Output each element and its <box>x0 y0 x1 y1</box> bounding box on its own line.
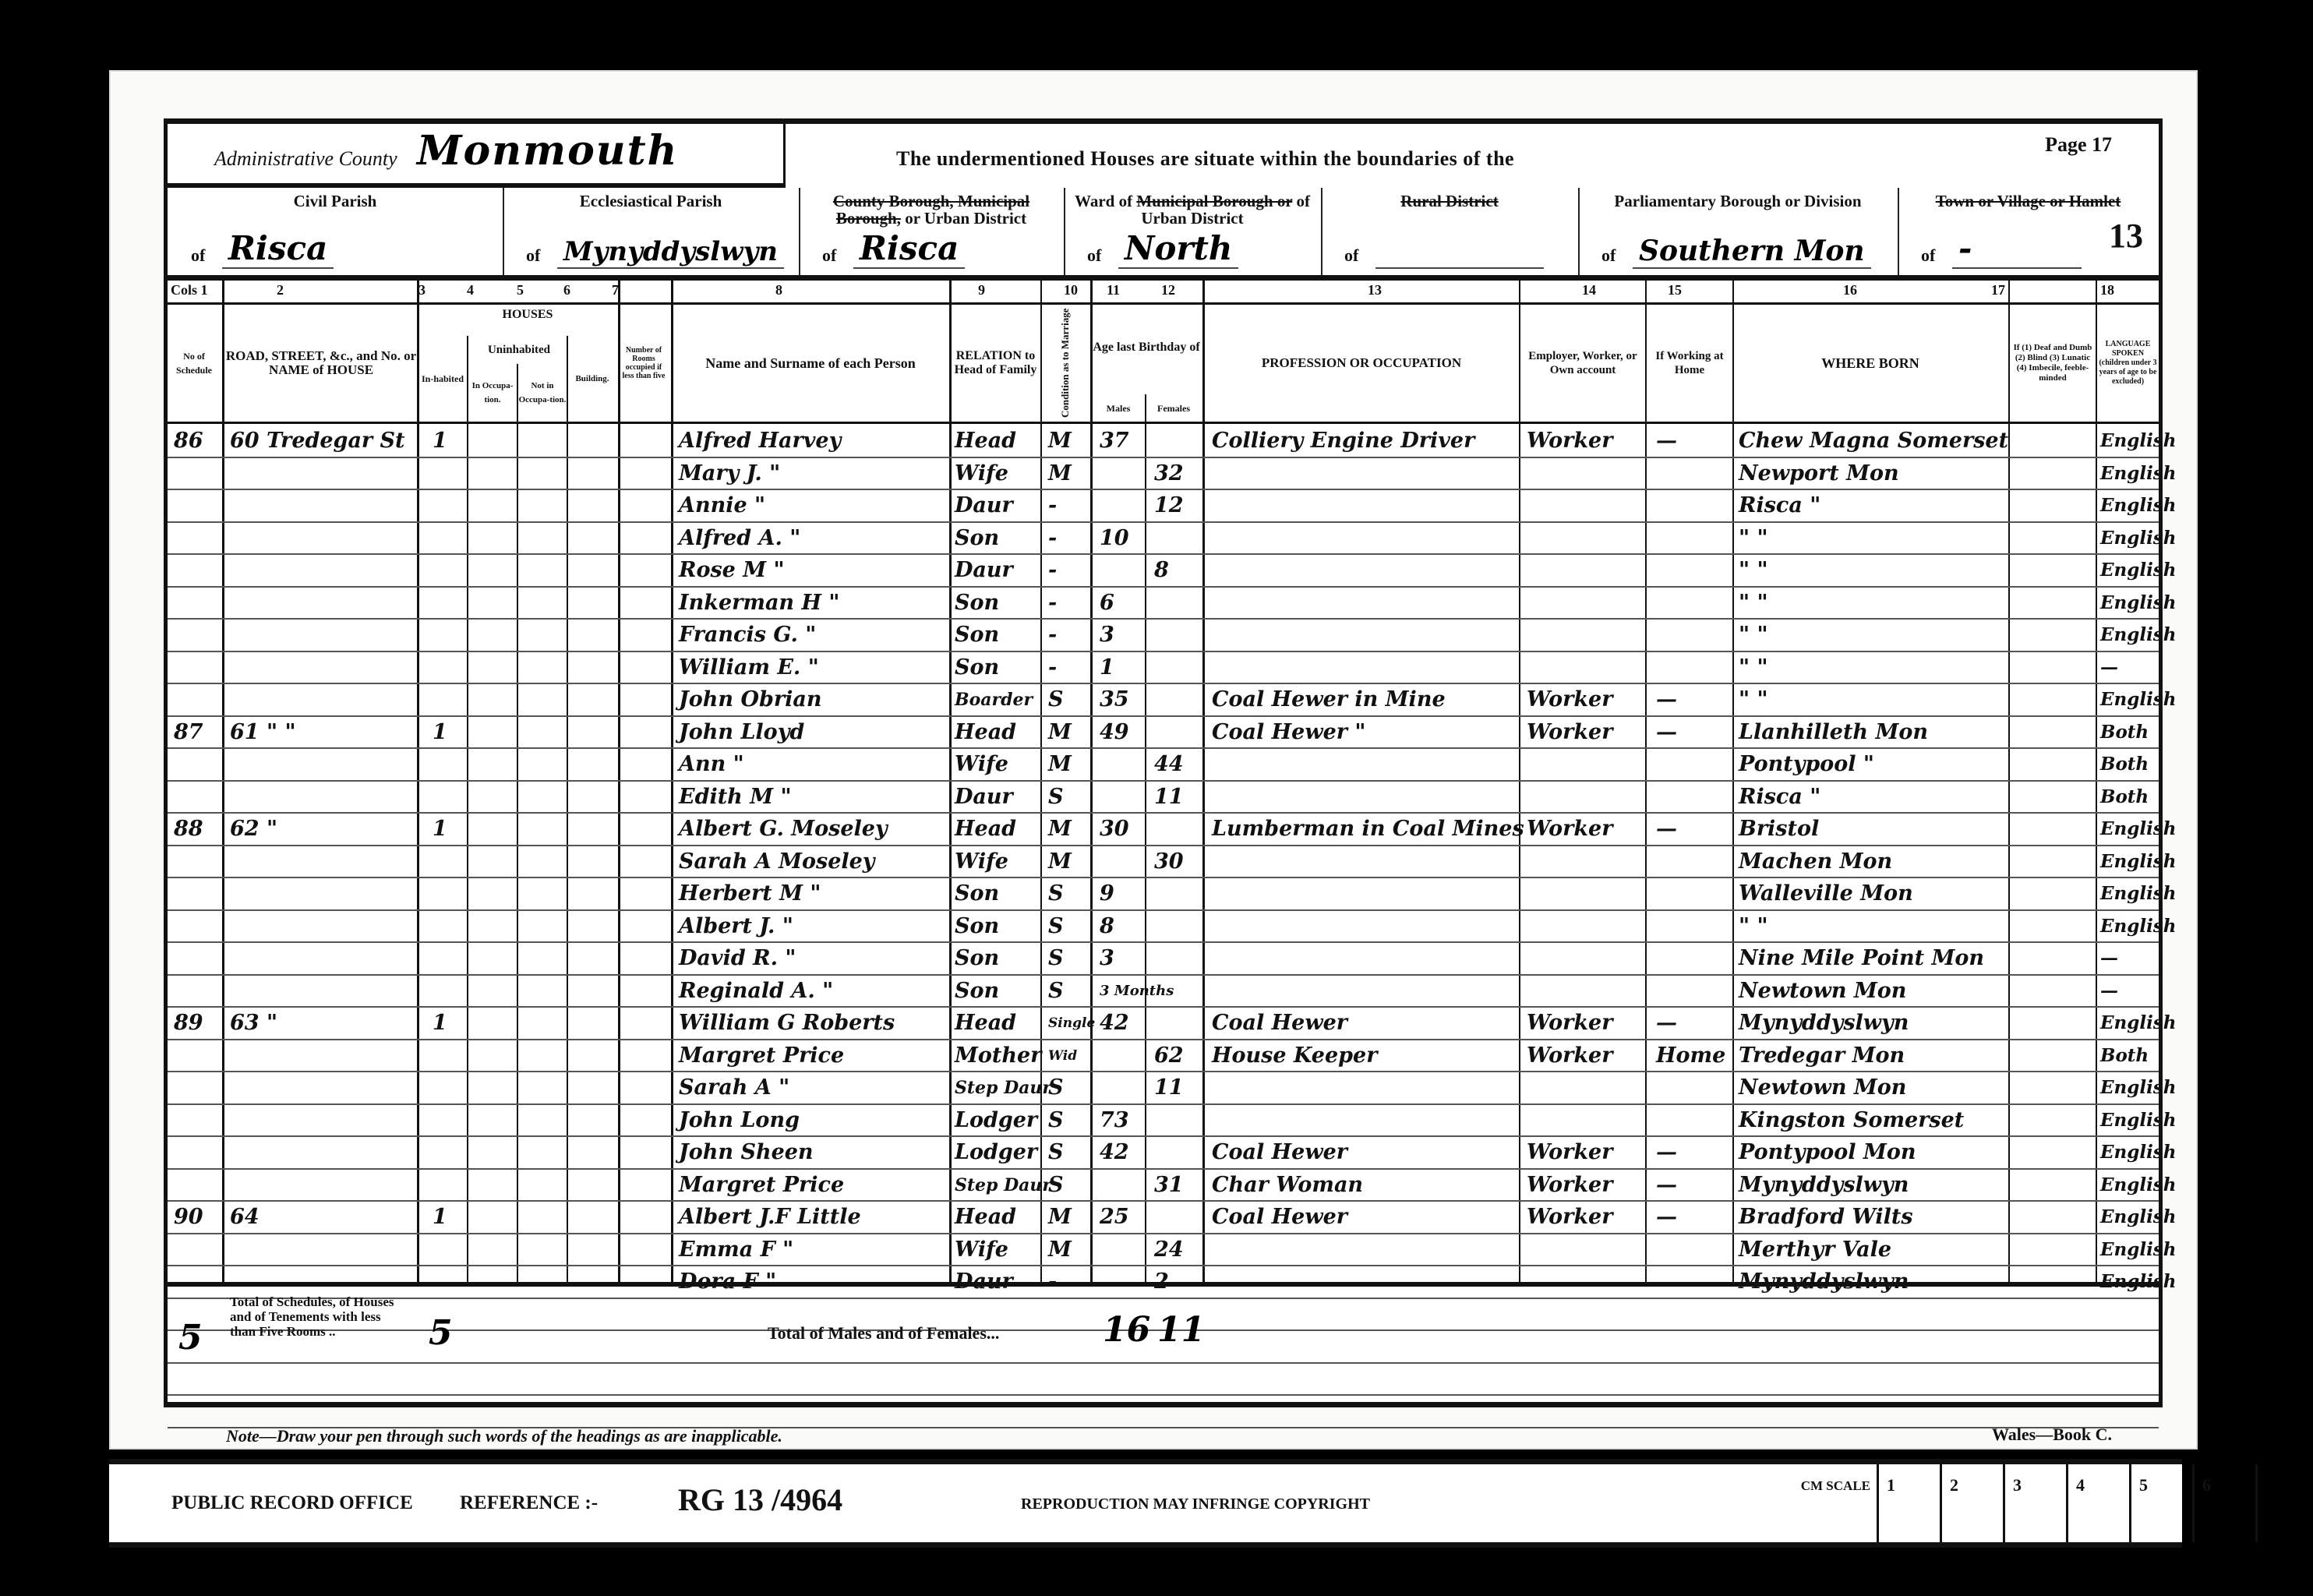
col-num: 12 <box>1161 282 1175 298</box>
rural-district-label: Rural District <box>1321 192 1578 210</box>
language-cell: English <box>2100 1233 2176 1266</box>
col-num: 4 <box>467 282 474 298</box>
language-cell: English <box>2100 618 2176 651</box>
occupation-cell: Coal Hewer " <box>1212 715 1365 748</box>
office-label: PUBLIC RECORD OFFICE <box>171 1492 413 1514</box>
language-cell: English <box>2100 683 2176 715</box>
employer-cell: Worker <box>1527 715 1612 748</box>
employer-cell: Worker <box>1527 1168 1612 1201</box>
col-num: 6 <box>563 282 570 298</box>
table-row: Albert J. "SonS8" "English <box>168 909 2159 944</box>
table-row: Alfred A. "Son-10" "English <box>168 521 2159 556</box>
census-page: Administrative County Monmouth The under… <box>109 70 2198 1449</box>
relation-cell: Daur <box>955 780 1013 813</box>
name-cell: Reginald A. " <box>679 974 833 1007</box>
employer-cell: Worker <box>1527 1006 1612 1039</box>
col-num: 17 <box>1991 282 2005 298</box>
name-cell: William E. " <box>679 651 819 683</box>
name-cell: John Lloyd <box>679 715 804 748</box>
header-uninhabited: Uninhabited <box>468 336 570 364</box>
book-label: Wales—Book C. <box>1992 1425 2112 1445</box>
at-home-cell: — <box>1656 683 1677 715</box>
occupation-cell: Colliery Engine Driver <box>1212 424 1474 457</box>
where-born-cell: " " <box>1739 553 1768 586</box>
male-age-cell: 73 <box>1100 1103 1129 1136</box>
table-row: Emma F "WifeM24Merthyr ValeEnglish <box>168 1233 2159 1267</box>
where-born-cell: Mynyddyslwyn <box>1739 1006 1909 1039</box>
condition-cell: Wid <box>1048 1039 1077 1072</box>
relation-cell: Head <box>955 1006 1016 1039</box>
header-where-born: WHERE BORN <box>1734 305 2007 422</box>
relation-cell: Son <box>955 521 999 554</box>
address-cell: 63 " <box>230 1006 277 1039</box>
table-row: Reginald A. "SonS3 MonthsNewtown Mon— <box>168 974 2159 1008</box>
male-age-cell: 3 <box>1100 941 1114 974</box>
relation-cell: Head <box>955 715 1016 748</box>
language-cell: English <box>2100 909 2176 942</box>
name-cell: Albert G. Moseley <box>679 812 888 845</box>
condition-cell: M <box>1048 747 1072 780</box>
relation-cell: Son <box>955 941 999 974</box>
male-age-cell: 10 <box>1100 521 1129 554</box>
col-num: 8 <box>775 282 782 298</box>
relation-cell: Wife <box>955 457 1008 489</box>
col-num: 13 <box>1368 282 1382 298</box>
where-born-cell: " " <box>1739 521 1768 554</box>
condition-cell: M <box>1048 715 1072 748</box>
parliamentary-borough: Parliamentary Borough or Division of Sou… <box>1578 188 1899 275</box>
table-row: Ann "WifeM44Pontypool "Both <box>168 747 2159 782</box>
relation-cell: Mother <box>955 1039 1041 1072</box>
admin-county-box: Administrative County Monmouth <box>168 124 786 188</box>
where-born-cell: Walleville Mon <box>1739 877 1913 909</box>
condition-cell: M <box>1048 457 1072 489</box>
male-age-cell: 42 <box>1100 1135 1129 1168</box>
language-cell: English <box>2100 586 2176 619</box>
language-cell: English <box>2100 1135 2176 1168</box>
page-number: Page 17 <box>2045 133 2112 157</box>
header-language: LANGUAGE SPOKEN (children under 3 years … <box>2097 305 2159 422</box>
relation-cell: Son <box>955 586 999 619</box>
ecclesiastical-parish: Ecclesiastical Parish of Mynyddyslwyn <box>503 188 800 275</box>
name-cell: Edith M " <box>679 780 792 813</box>
male-age-cell: 6 <box>1100 586 1114 619</box>
relation-cell: Son <box>955 651 999 683</box>
relation-cell: Wife <box>955 845 1008 877</box>
scale-mark: 4 <box>2066 1464 2129 1542</box>
condition-cell: M <box>1048 424 1072 457</box>
header-rooms: Number of Rooms occupied if less than fi… <box>620 305 668 422</box>
relation-cell: Head <box>955 812 1016 845</box>
condition-cell: M <box>1048 812 1072 845</box>
scale-mark: 3 <box>2003 1464 2066 1542</box>
houses-total: 5 <box>429 1313 453 1353</box>
at-home-cell: — <box>1656 812 1677 845</box>
at-home-cell: — <box>1656 1135 1677 1168</box>
condition-cell: S <box>1048 1168 1064 1201</box>
table-row: John LongLodgerS73Kingston SomersetEngli… <box>168 1103 2159 1138</box>
male-age-cell: 49 <box>1100 715 1129 748</box>
table-row: Rose M "Daur-8" "English <box>168 553 2159 588</box>
language-cell: English <box>2100 1200 2176 1233</box>
occupation-cell: Char Woman <box>1212 1168 1363 1201</box>
relation-cell: Son <box>955 909 999 942</box>
scale-label: CM SCALE <box>1792 1464 1877 1542</box>
scale-mark: 1 <box>1877 1464 1940 1542</box>
parliamentary-borough-label: Parliamentary Borough or Division <box>1578 192 1898 210</box>
copyright-notice: REPRODUCTION MAY INFRINGE COPYRIGHT <box>1021 1495 1370 1513</box>
relation-cell: Daur <box>955 553 1013 586</box>
occupation-cell: Coal Hewer in Mine <box>1212 683 1446 715</box>
where-born-cell: Merthyr Vale <box>1739 1233 1891 1266</box>
name-cell: Ann " <box>679 747 744 780</box>
language-cell: English <box>2100 424 2176 457</box>
where-born-cell: Llanhilleth Mon <box>1739 715 1928 748</box>
inhabited-cell: 1 <box>433 715 447 748</box>
where-born-cell: Risca " <box>1739 489 1820 521</box>
language-cell: — <box>2100 941 2118 974</box>
table-row: 8660 Tredegar St1Alfred HarveyHeadM37Col… <box>168 424 2159 458</box>
language-cell: English <box>2100 1103 2176 1136</box>
header-males: Males <box>1092 394 1145 422</box>
female-age-cell: 12 <box>1154 489 1184 521</box>
where-born-cell: Kingston Somerset <box>1739 1103 1964 1136</box>
header-building: Building. <box>568 336 616 422</box>
male-age-cell: 25 <box>1100 1200 1129 1233</box>
female-age-cell: 11 <box>1154 1071 1184 1103</box>
table-row: 8761 " "1John LloydHeadM49Coal Hewer "Wo… <box>168 715 2159 750</box>
where-born-cell: Risca " <box>1739 780 1820 813</box>
where-born-cell: " " <box>1739 683 1768 715</box>
male-age-cell: 9 <box>1100 877 1114 909</box>
language-cell: — <box>2100 651 2118 683</box>
col-num: 15 <box>1668 282 1682 298</box>
relation-cell: Boarder <box>955 683 1033 715</box>
where-born-cell: " " <box>1739 586 1768 619</box>
civil-parish: Civil Parish of Risca <box>168 188 504 275</box>
condition-cell: M <box>1048 845 1072 877</box>
ward-label: Ward of Municipal Borough or of Urban Di… <box>1064 192 1321 227</box>
name-cell: John Sheen <box>679 1135 814 1168</box>
name-cell: Alfred A. " <box>679 521 800 554</box>
scale-mark <box>2255 1464 2313 1542</box>
header-at-home: If Working at Home <box>1647 305 1732 422</box>
header-age: Age last Birthday of <box>1092 305 1201 390</box>
employer-cell: Worker <box>1527 1135 1612 1168</box>
inhabited-cell: 1 <box>433 1006 447 1039</box>
at-home-cell: — <box>1656 1200 1677 1233</box>
name-cell: John Long <box>679 1103 800 1136</box>
male-age-cell: 8 <box>1100 909 1114 942</box>
condition-cell: S <box>1048 1071 1064 1103</box>
rural-district: Rural District of <box>1321 188 1580 275</box>
table-row: Sarah A MoseleyWifeM30Machen MonEnglish <box>168 845 2159 879</box>
where-born-cell: Newport Mon <box>1739 457 1899 489</box>
where-born-cell: Newtown Mon <box>1739 1071 1906 1103</box>
at-home-cell: — <box>1656 1168 1677 1201</box>
where-born-cell: Mynyddyslwyn <box>1739 1168 1909 1201</box>
males-total: 16 <box>1103 1310 1150 1350</box>
females-total: 11 <box>1157 1310 1205 1350</box>
col-num: 11 <box>1107 282 1120 298</box>
of-label: of <box>1921 245 1935 266</box>
address-cell: 60 Tredegar St <box>230 424 405 457</box>
language-cell: Both <box>2100 715 2149 748</box>
where-born-cell: " " <box>1739 651 1768 683</box>
male-age-cell: 42 <box>1100 1006 1129 1039</box>
table-row: John ObrianBoarderS35Coal Hewer in MineW… <box>168 683 2159 717</box>
employer-cell: Worker <box>1527 1039 1612 1072</box>
table-row: Margret PriceStep DaurS31Char WomanWorke… <box>168 1168 2159 1202</box>
header-relation: RELATION to Head of Family <box>951 305 1040 422</box>
table-row: John SheenLodgerS42Coal HewerWorker—Pont… <box>168 1135 2159 1170</box>
table-row: 90641Albert J.F LittleHeadM25Coal HewerW… <box>168 1200 2159 1234</box>
col-num: 18 <box>2100 282 2114 298</box>
male-age-cell: 3 Months <box>1100 974 1174 1007</box>
header-not-in-occupation: Not in Occupa-tion. <box>518 364 567 422</box>
table-row: Edith M "DaurS11Risca "Both <box>168 780 2159 814</box>
relation-cell: Son <box>955 974 999 1007</box>
at-home-cell: Home <box>1656 1039 1725 1072</box>
schedule-cell: 88 <box>174 812 203 845</box>
female-age-cell: 24 <box>1154 1233 1184 1266</box>
relation-cell: Son <box>955 618 999 651</box>
name-cell: Albert J. " <box>679 909 793 942</box>
at-home-cell: — <box>1656 715 1677 748</box>
language-cell: Both <box>2100 747 2149 780</box>
table-row: Sarah A "Step DaurS11Newtown MonEnglish <box>168 1071 2159 1105</box>
enumeration-number: 13 <box>2109 216 2143 256</box>
where-born-cell: Tredegar Mon <box>1739 1039 1905 1072</box>
name-cell: Annie " <box>679 489 765 521</box>
language-cell: Both <box>2100 1039 2149 1072</box>
totals-row: 5 Total of Schedules, of Houses and of T… <box>168 1282 2159 1402</box>
employer-cell: Worker <box>1527 424 1612 457</box>
name-cell: William G Roberts <box>679 1006 895 1039</box>
header-inhabited: In-habited <box>418 336 467 422</box>
language-cell: — <box>2100 974 2118 1007</box>
female-age-cell: 11 <box>1154 780 1184 813</box>
where-born-cell: Nine Mile Point Mon <box>1739 941 1984 974</box>
female-age-cell: 44 <box>1154 747 1184 780</box>
employer-cell: Worker <box>1527 1200 1612 1233</box>
archive-footer: PUBLIC RECORD OFFICE REFERENCE :- RG 13 … <box>109 1459 2182 1548</box>
header-females: Females <box>1146 394 1201 422</box>
label-text: Ward of <box>1075 192 1132 210</box>
name-cell: Margret Price <box>679 1168 844 1201</box>
relation-cell: Daur <box>955 489 1013 521</box>
table-row: 8862 "1Albert G. MoseleyHeadM30Lumberman… <box>168 812 2159 846</box>
occupation-cell: Coal Hewer <box>1212 1135 1347 1168</box>
name-cell: Francis G. " <box>679 618 816 651</box>
male-age-cell: 3 <box>1100 618 1114 651</box>
label-text: or Urban District <box>905 209 1026 228</box>
table-row: Inkerman H "Son-6" "English <box>168 586 2159 620</box>
town-label: Town or Village or Hamlet <box>1898 192 2159 210</box>
rural-district-value <box>1375 267 1544 269</box>
name-cell: Albert J.F Little <box>679 1200 861 1233</box>
condition-cell: Single <box>1048 1006 1095 1039</box>
note-text: Note—Draw your pen through such words of… <box>226 1426 782 1446</box>
language-cell: English <box>2100 845 2176 877</box>
language-cell: English <box>2100 457 2176 489</box>
employer-cell: Worker <box>1527 812 1612 845</box>
language-cell: English <box>2100 489 2176 521</box>
col-num: 2 <box>277 282 284 298</box>
reference-number: RG 13 /4964 <box>678 1481 842 1518</box>
header-name: Name and Surname of each Person <box>674 305 947 422</box>
language-cell: English <box>2100 1006 2176 1039</box>
male-age-cell: 1 <box>1100 651 1114 683</box>
where-born-cell: Machen Mon <box>1739 845 1892 877</box>
name-cell: Sarah A Moseley <box>679 845 875 877</box>
of-label: of <box>1344 245 1358 266</box>
name-cell: Margret Price <box>679 1039 844 1072</box>
header-condition: Condition as to Marriage <box>1042 305 1089 422</box>
female-age-cell: 8 <box>1154 553 1169 586</box>
scale-mark: 2 <box>1940 1464 2003 1542</box>
table-row: 8963 "1William G RobertsHeadSingle42Coal… <box>168 1006 2159 1040</box>
urban-district-value: Risca <box>853 229 965 269</box>
condition-cell: - <box>1048 489 1057 521</box>
of-label: of <box>1601 245 1616 266</box>
table-row: Herbert M "SonS9Walleville MonEnglish <box>168 877 2159 911</box>
address-cell: 64 <box>230 1200 260 1233</box>
female-age-cell: 31 <box>1154 1168 1184 1201</box>
scale-mark: 5 <box>2129 1464 2192 1542</box>
schedule-cell: 90 <box>174 1200 203 1233</box>
relation-cell: Lodger <box>955 1135 1037 1168</box>
undermentioned-text: The undermentioned Houses are situate wi… <box>896 147 1514 171</box>
ward: Ward of Municipal Borough or of Urban Di… <box>1064 188 1322 275</box>
col-num: 5 <box>517 282 524 298</box>
condition-cell: S <box>1048 909 1064 942</box>
males-females-total-label: Total of Males and of Females... <box>768 1326 999 1340</box>
name-cell: Sarah A " <box>679 1071 789 1103</box>
occupation-cell: House Keeper <box>1212 1039 1377 1072</box>
header-infirmity: If (1) Deaf and Dumb (2) Blind (3) Lunat… <box>2010 305 2096 422</box>
inhabited-cell: 1 <box>433 424 447 457</box>
form-header: Administrative County Monmouth The under… <box>168 124 2159 186</box>
condition-cell: S <box>1048 877 1064 909</box>
col-num: 14 <box>1582 282 1596 298</box>
language-cell: Both <box>2100 780 2149 813</box>
inhabited-cell: 1 <box>433 812 447 845</box>
table-row: Margret PriceMotherWid62House KeeperWork… <box>168 1039 2159 1073</box>
struck-label: Rural District <box>1400 192 1498 210</box>
col-num: 10 <box>1064 282 1078 298</box>
admin-county-value: Monmouth <box>417 127 678 175</box>
relation-cell: Wife <box>955 1233 1008 1266</box>
language-cell: English <box>2100 521 2176 554</box>
name-cell: David R. " <box>679 941 796 974</box>
relation-cell: Head <box>955 424 1016 457</box>
condition-cell: S <box>1048 1135 1064 1168</box>
occupation-cell: Lumberman in Coal Mines <box>1212 812 1524 845</box>
parliamentary-borough-value: Southern Mon <box>1633 235 1871 269</box>
condition-cell: S <box>1048 1103 1064 1136</box>
male-age-cell: 30 <box>1100 812 1129 845</box>
header-occupation: PROFESSION OR OCCUPATION <box>1206 305 1517 422</box>
condition-cell: - <box>1048 553 1057 586</box>
condition-cell: - <box>1048 586 1057 619</box>
col-num: 9 <box>978 282 985 298</box>
condition-cell: S <box>1048 683 1064 715</box>
schedules-total: 5 <box>178 1318 203 1358</box>
ecclesiastical-parish-value: Mynyddyslwyn <box>557 236 784 269</box>
employer-cell: Worker <box>1527 683 1612 715</box>
relation-cell: Wife <box>955 747 1008 780</box>
header-schedule: No of Schedule <box>168 305 221 422</box>
male-age-cell: 37 <box>1100 424 1129 457</box>
male-age-cell: 35 <box>1100 683 1129 715</box>
ward-value: North <box>1118 229 1238 269</box>
where-born-cell: Pontypool " <box>1739 747 1874 780</box>
language-cell: English <box>2100 553 2176 586</box>
condition-cell: M <box>1048 1233 1072 1266</box>
name-cell: Herbert M " <box>679 877 821 909</box>
occupation-cell: Coal Hewer <box>1212 1200 1347 1233</box>
ecclesiastical-parish-label: Ecclesiastical Parish <box>503 192 799 210</box>
relation-cell: Head <box>955 1200 1016 1233</box>
where-born-cell: Pontypool Mon <box>1739 1135 1916 1168</box>
condition-cell: S <box>1048 780 1064 813</box>
name-cell: Mary J. " <box>679 457 780 489</box>
table-row: William E. "Son-1" "— <box>168 651 2159 685</box>
col-num: 3 <box>418 282 426 298</box>
urban-district: County Borough, Municipal Borough, or Ur… <box>799 188 1065 275</box>
reference-label: REFERENCE :- <box>460 1492 598 1514</box>
inhabited-cell: 1 <box>433 1200 447 1233</box>
table-row: Annie "Daur-12Risca "English <box>168 489 2159 523</box>
language-cell: English <box>2100 1071 2176 1103</box>
name-cell: Rose M " <box>679 553 785 586</box>
relation-cell: Lodger <box>955 1103 1037 1136</box>
condition-cell: - <box>1048 521 1057 554</box>
name-cell: John Obrian <box>679 683 821 715</box>
schedule-cell: 87 <box>174 715 203 748</box>
where-born-cell: " " <box>1739 909 1768 942</box>
name-cell: Emma F " <box>679 1233 793 1266</box>
table-row: Francis G. "Son-3" "English <box>168 618 2159 652</box>
schedule-cell: 89 <box>174 1006 203 1039</box>
cm-scale: CM SCALE 1 2 3 4 5 6 <box>1792 1464 2313 1542</box>
column-numbers: Cols 1 2 3 4 5 6 7 8 9 10 11 12 13 14 15… <box>168 281 2159 305</box>
header-in-occupation: In Occupa-tion. <box>468 364 517 422</box>
condition-cell: S <box>1048 941 1064 974</box>
col-num: 16 <box>1843 282 1857 298</box>
where-born-cell: Chew Magna Somerset <box>1739 424 2008 457</box>
admin-county-label: Administrative County <box>214 147 397 171</box>
where-born-cell: Newtown Mon <box>1739 974 1906 1007</box>
header-houses: HOUSES <box>418 305 637 339</box>
where-born-cell: " " <box>1739 618 1768 651</box>
female-age-cell: 62 <box>1154 1039 1184 1072</box>
schedule-cell: 86 <box>174 424 203 457</box>
civil-parish-label: Civil Parish <box>168 192 503 210</box>
of-label: of <box>526 245 540 266</box>
col-num: Cols 1 <box>171 282 208 298</box>
address-cell: 61 " " <box>230 715 296 748</box>
civil-parish-value: Risca <box>222 229 334 269</box>
female-age-cell: 30 <box>1154 845 1184 877</box>
town-value: - <box>1952 229 2082 269</box>
relation-cell: Step Daur <box>955 1071 1051 1103</box>
urban-district-label: County Borough, Municipal Borough, or Ur… <box>799 192 1064 227</box>
name-cell: Inkerman H " <box>679 586 839 619</box>
address-cell: 62 " <box>230 812 277 845</box>
of-label: of <box>1087 245 1101 266</box>
